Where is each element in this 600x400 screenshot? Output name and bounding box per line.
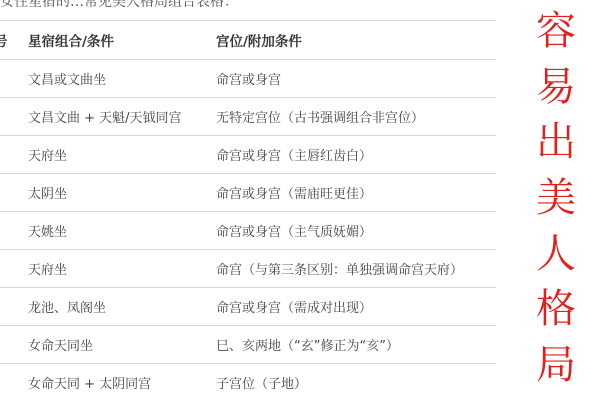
cell-palace: 命宫或身宫（需成对出现） <box>216 297 496 316</box>
title-char: 美 <box>536 173 576 223</box>
table-caption: 女性星宿的…常见美人格局组合表格： <box>0 0 500 11</box>
cell-palace: 命宫或身宫（需庙旺更佳） <box>216 183 496 202</box>
title-char: 人 <box>536 229 576 279</box>
cell-combo: 太阴坐 <box>28 183 216 202</box>
header-combo: 星宿组合/条件 <box>28 30 216 50</box>
cell-palace: 命宫或身宫（主唇红齿白） <box>216 145 496 164</box>
table-row: 女命天同坐 巳、亥两地（“玄”修正为“亥”） <box>0 326 496 364</box>
cell-combo: 天府坐 <box>28 259 216 278</box>
vertical-title: 容 易 出 美 人 格 局 <box>520 0 592 400</box>
table-row: 文昌或文曲坐 命宫或身宫 <box>0 60 496 98</box>
table-row: 太阴坐 命宫或身宫（需庙旺更佳） <box>0 174 496 212</box>
cell-palace: 巳、亥两地（“玄”修正为“亥”） <box>216 335 496 354</box>
table-row: 文昌文曲 + 天魁/天钺同宫 无特定宫位（古书强调组合非宫位） <box>0 98 496 136</box>
title-char: 格 <box>536 284 576 334</box>
header-palace: 宫位/附加条件 <box>216 30 496 50</box>
table-row: 龙池、凤阁坐 命宫或身宫（需成对出现） <box>0 288 496 326</box>
title-char: 容 <box>536 6 576 56</box>
beauty-pattern-table: 号 星宿组合/条件 宫位/附加条件 文昌或文曲坐 命宫或身宫 文昌文曲 + 天魁… <box>0 20 496 400</box>
cell-combo: 天姚坐 <box>28 221 216 240</box>
cell-combo: 文昌文曲 + 天魁/天钺同宫 <box>28 107 216 126</box>
cell-combo: 女命天同坐 <box>28 335 216 354</box>
cell-palace: 无特定宫位（古书强调组合非宫位） <box>216 107 496 126</box>
header-number: 号 <box>0 30 28 50</box>
table-row: 天姚坐 命宫或身宫（主气质妩媚） <box>0 212 496 250</box>
table-row: 女命天同 + 太阴同宫 子宫位（子地） <box>0 364 496 400</box>
cell-palace: 命宫（与第三条区别：单独强调命宫天府） <box>216 259 496 278</box>
cell-palace: 命宫或身宫 <box>216 69 496 88</box>
cell-combo: 天府坐 <box>28 145 216 164</box>
cell-combo: 文昌或文曲坐 <box>28 69 216 88</box>
table-row: 天府坐 命宫或身宫（主唇红齿白） <box>0 136 496 174</box>
table-row: 天府坐 命宫（与第三条区别：单独强调命宫天府） <box>0 250 496 288</box>
cell-combo: 龙池、凤阁坐 <box>28 297 216 316</box>
cell-palace: 命宫或身宫（主气质妩媚） <box>216 221 496 240</box>
cell-palace: 子宫位（子地） <box>216 373 496 392</box>
title-char: 易 <box>536 62 576 112</box>
title-char: 局 <box>536 340 576 390</box>
cell-combo: 女命天同 + 太阴同宫 <box>28 373 216 392</box>
title-char: 出 <box>536 117 576 167</box>
table-header-row: 号 星宿组合/条件 宫位/附加条件 <box>0 21 496 60</box>
